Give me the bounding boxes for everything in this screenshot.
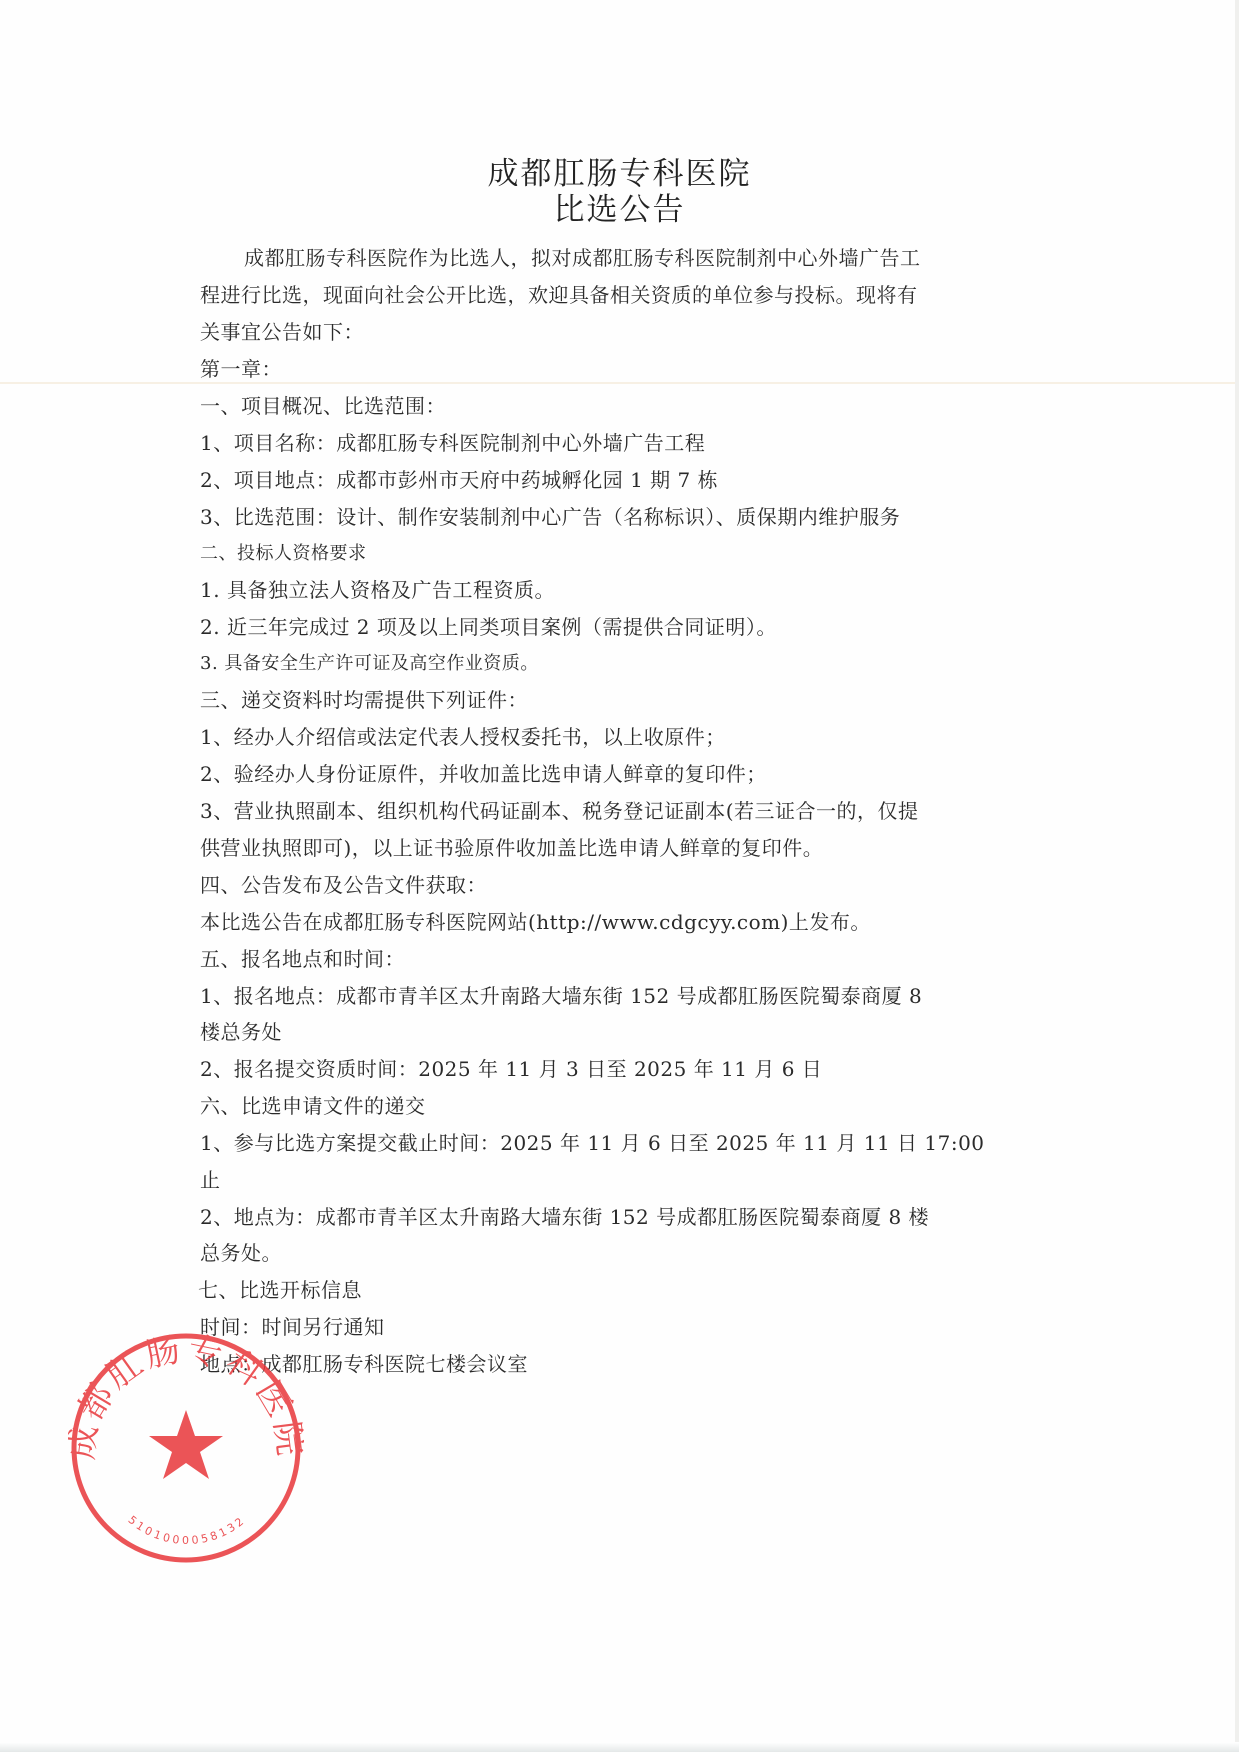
- section-heading: 一、项目概况、比选范围：: [200, 394, 446, 418]
- chapter-heading: 第一章：: [200, 357, 282, 381]
- section-line: 2、报名提交资质时间：2025 年 11 月 3 日至 2025 年 11 月 …: [200, 1057, 822, 1081]
- intro-line: 程进行比选，现面向社会公开比选，欢迎具备相关资质的单位参与投标。现将有: [200, 283, 918, 307]
- section-line: 2、地点为：成都市青羊区太升南路大墙东街 152 号成都肛肠医院蜀泰商厦 8 楼: [200, 1205, 929, 1229]
- section-line: 1、经办人介绍信或法定代表人授权委托书，以上收原件；: [200, 725, 726, 749]
- official-seal: 成都肛肠专科医院 5101000058132: [68, 1330, 304, 1566]
- intro-line: 成都肛肠专科医院作为比选人，拟对成都肛肠专科医院制剂中心外墙广告工: [244, 246, 921, 270]
- section-line: 总务处。: [200, 1241, 282, 1265]
- section-line: 1、报名地点：成都市青羊区太升南路大墙东街 152 号成都肛肠医院蜀泰商厦 8: [200, 984, 922, 1008]
- section-line: 2、项目地点：成都市彭州市天府中药城孵化园 1 期 7 栋: [200, 468, 718, 492]
- seal-code: 5101000058132: [126, 1513, 249, 1547]
- section-line: 3. 具备安全生产许可证及高空作业资质。: [200, 652, 539, 676]
- document-page: 成都肛肠专科医院 比选公告 成都肛肠专科医院作为比选人，拟对成都肛肠专科医院制剂…: [0, 0, 1239, 1752]
- intro-line: 关事宜公告如下：: [200, 320, 364, 344]
- document-subtitle: 比选公告: [0, 192, 1239, 228]
- section-line: 2. 近三年完成过 2 项及以上同类项目案例（需提供合同证明）。: [200, 615, 777, 639]
- section-line: 止: [200, 1168, 221, 1192]
- section-heading: 六、比选申请文件的递交: [200, 1094, 426, 1118]
- scan-edge: [0, 1742, 1239, 1752]
- section-line: 2、验经办人身份证原件，并收加盖比选申请人鲜章的复印件；: [200, 762, 767, 786]
- section-line: 3、比选范围：设计、制作安装制剂中心广告（名称标识）、质保期内维护服务: [200, 505, 900, 529]
- section-heading: 七、比选开标信息: [198, 1278, 362, 1302]
- section-line: 楼总务处: [200, 1020, 282, 1044]
- section-heading: 三、递交资料时均需提供下列证件：: [200, 688, 528, 712]
- scan-edge: [1235, 0, 1239, 1752]
- website-line: 本比选公告在成都肛肠专科医院网站(http://www.cdgcyy.com)上…: [200, 910, 871, 934]
- star-icon: [149, 1410, 223, 1479]
- section-line: 3、营业执照副本、组织机构代码证副本、税务登记证副本(若三证合一的，仅提: [200, 799, 919, 823]
- section-line: 1. 具备独立法人资格及广告工程资质。: [200, 578, 555, 602]
- section-heading: 二、投标人资格要求: [200, 542, 367, 566]
- document-title: 成都肛肠专科医院: [0, 156, 1239, 192]
- section-line: 1、参与比选方案提交截止时间：2025 年 11 月 6 日至 2025 年 1…: [200, 1131, 985, 1155]
- section-line: 供营业执照即可)，以上证书验原件收加盖比选申请人鲜章的复印件。: [200, 836, 823, 860]
- scan-artifact-line: [0, 382, 1239, 384]
- section-heading: 五、报名地点和时间：: [200, 947, 405, 971]
- section-heading: 四、公告发布及公告文件获取：: [200, 873, 487, 897]
- section-line: 1、项目名称：成都肛肠专科医院制剂中心外墙广告工程: [200, 431, 705, 455]
